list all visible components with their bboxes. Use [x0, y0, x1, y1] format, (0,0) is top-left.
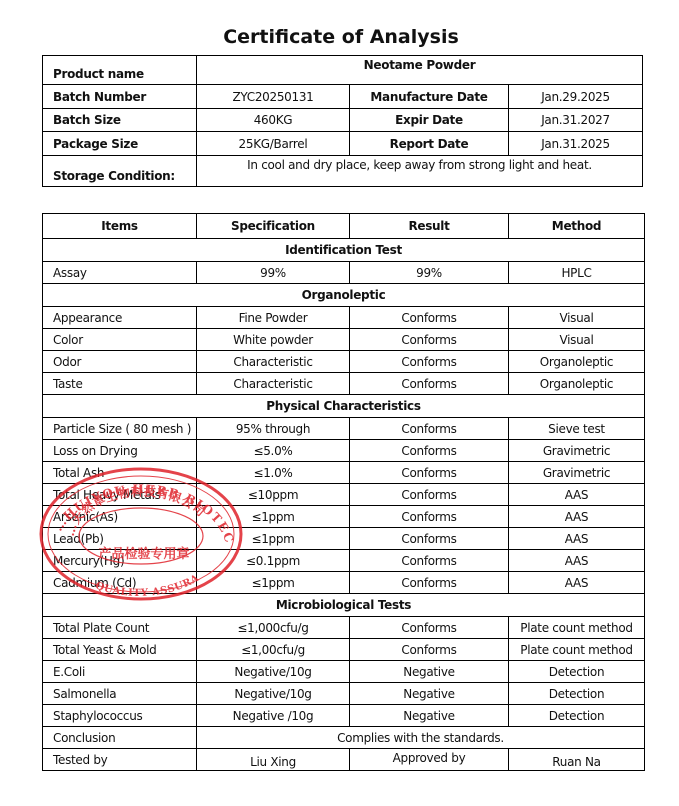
cell-result: Conforms — [350, 440, 509, 462]
cell-item: E.Coli — [43, 661, 197, 683]
cell-item: Total Yeast & Mold — [43, 639, 197, 661]
package-size-row: Package Size 25KG/Barrel Report Date Jan… — [43, 132, 643, 156]
cell-spec: White powder — [197, 329, 350, 351]
cell-method: AAS — [509, 572, 645, 594]
cell-result: Conforms — [350, 639, 509, 661]
batch-number-row: Batch Number ZYC20250131 Manufacture Dat… — [43, 85, 643, 109]
cell-item: Loss on Drying — [43, 440, 197, 462]
cell-item: Cadmium (Cd) — [43, 572, 197, 594]
package-size-label: Package Size — [43, 132, 197, 156]
cell-item: Staphylococcus — [43, 705, 197, 727]
storage-condition-label: Storage Condition: — [43, 156, 197, 187]
cell-spec: ≤1,000cfu/g — [197, 617, 350, 639]
cell-spec: 99% — [197, 262, 350, 284]
conclusion-row: Conclusion Complies with the standards. — [43, 727, 645, 749]
section-row: Organoleptic — [43, 284, 645, 307]
document-title: Certificate of Analysis — [0, 26, 679, 48]
cell-method: AAS — [509, 506, 645, 528]
cell-spec: ≤1,00cfu/g — [197, 639, 350, 661]
report-date-value: Jan.31.2025 — [509, 132, 643, 156]
package-size-value: 25KG/Barrel — [197, 132, 350, 156]
cell-result: Conforms — [350, 418, 509, 440]
cell-spec: ≤1ppm — [197, 528, 350, 550]
table-row: E.ColiNegative/10gNegativeDetection — [43, 661, 645, 683]
cell-result: Negative — [350, 683, 509, 705]
section-row: Physical Characteristics — [43, 395, 645, 418]
cell-item: Total Ash — [43, 462, 197, 484]
table-row: AppearanceFine PowderConformsVisual — [43, 307, 645, 329]
batch-number-value: ZYC20250131 — [197, 85, 350, 109]
header-result: Result — [350, 214, 509, 239]
cell-method: AAS — [509, 484, 645, 506]
header-row: Items Specification Result Method — [43, 214, 645, 239]
cell-item: Appearance — [43, 307, 197, 329]
cell-result: Conforms — [350, 572, 509, 594]
header-items: Items — [43, 214, 197, 239]
table-row: StaphylococcusNegative /10gNegativeDetec… — [43, 705, 645, 727]
cell-method: Plate count method — [509, 639, 645, 661]
cell-spec: ≤5.0% — [197, 440, 350, 462]
analysis-results-table: Items Specification Result Method Identi… — [42, 213, 645, 771]
table-row: Total Heavy Metals≤10ppmConformsAAS — [43, 484, 645, 506]
cell-method: Detection — [509, 705, 645, 727]
table-row: Total Yeast & Mold≤1,00cfu/gConformsPlat… — [43, 639, 645, 661]
cell-item: Salmonella — [43, 683, 197, 705]
cell-method: Detection — [509, 661, 645, 683]
table-row: Total Plate Count≤1,000cfu/gConformsPlat… — [43, 617, 645, 639]
conclusion-label: Conclusion — [43, 727, 197, 749]
cell-method: Gravimetric — [509, 462, 645, 484]
cell-spec: Fine Powder — [197, 307, 350, 329]
storage-condition-value: In cool and dry place, keep away from st… — [197, 156, 643, 187]
cell-item: Total Heavy Metals — [43, 484, 197, 506]
cell-result: Conforms — [350, 506, 509, 528]
cell-method: Sieve test — [509, 418, 645, 440]
manufacture-date-label: Manufacture Date — [350, 85, 509, 109]
manufacture-date-value: Jan.29.2025 — [509, 85, 643, 109]
header-specification: Specification — [197, 214, 350, 239]
cell-spec: Characteristic — [197, 351, 350, 373]
cell-spec: ≤1.0% — [197, 462, 350, 484]
table-row: ColorWhite powderConformsVisual — [43, 329, 645, 351]
results-body: Items Specification Result Method Identi… — [43, 214, 645, 727]
conclusion-value: Complies with the standards. — [197, 727, 645, 749]
cell-method: Visual — [509, 307, 645, 329]
cell-method: Visual — [509, 329, 645, 351]
cell-spec: Negative/10g — [197, 661, 350, 683]
table-row: Cadmium (Cd)≤1ppmConformsAAS — [43, 572, 645, 594]
product-name-value: Neotame Powder — [197, 56, 643, 85]
table-row: Arsenic(As)≤1ppmConformsAAS — [43, 506, 645, 528]
cell-result: Conforms — [350, 373, 509, 395]
cell-item: Arsenic(As) — [43, 506, 197, 528]
cell-method: Gravimetric — [509, 440, 645, 462]
table-row: Particle Size ( 80 mesh )95% throughConf… — [43, 418, 645, 440]
table-row: Mercury(Hg)≤0.1ppmConformsAAS — [43, 550, 645, 572]
cell-item: Taste — [43, 373, 197, 395]
section-title: Microbiological Tests — [43, 594, 645, 617]
section-title: Physical Characteristics — [43, 395, 645, 418]
cell-spec: ≤10ppm — [197, 484, 350, 506]
table-row: Assay99%99%HPLC — [43, 262, 645, 284]
cell-method: HPLC — [509, 262, 645, 284]
expir-date-label: Expir Date — [350, 109, 509, 132]
cell-item: Color — [43, 329, 197, 351]
approved-by-label: Approved by — [350, 749, 509, 771]
batch-size-label: Batch Size — [43, 109, 197, 132]
product-info-table: Product name Neotame Powder Batch Number… — [42, 55, 643, 187]
cell-spec: ≤0.1ppm — [197, 550, 350, 572]
tested-by-label: Tested by — [43, 749, 197, 771]
cell-item: Total Plate Count — [43, 617, 197, 639]
cell-result: Conforms — [350, 307, 509, 329]
cell-method: Organoleptic — [509, 351, 645, 373]
table-row: Total Ash≤1.0%ConformsGravimetric — [43, 462, 645, 484]
cell-method: AAS — [509, 550, 645, 572]
cell-item: Particle Size ( 80 mesh ) — [43, 418, 197, 440]
cell-result: Conforms — [350, 528, 509, 550]
cell-spec: ≤1ppm — [197, 506, 350, 528]
cell-spec: Characteristic — [197, 373, 350, 395]
cell-result: Conforms — [350, 484, 509, 506]
cell-item: Assay — [43, 262, 197, 284]
cell-result: Conforms — [350, 550, 509, 572]
cell-result: 99% — [350, 262, 509, 284]
cell-item: Lead(Pb) — [43, 528, 197, 550]
report-date-label: Report Date — [350, 132, 509, 156]
cell-spec: 95% through — [197, 418, 350, 440]
table-row: SalmonellaNegative/10gNegativeDetection — [43, 683, 645, 705]
table-row: TasteCharacteristicConformsOrganoleptic — [43, 373, 645, 395]
table-row: OdorCharacteristicConformsOrganoleptic — [43, 351, 645, 373]
cell-result: Negative — [350, 705, 509, 727]
cell-result: Negative — [350, 661, 509, 683]
batch-number-label: Batch Number — [43, 85, 197, 109]
product-name-label: Product name — [43, 56, 197, 85]
results-footer: Conclusion Complies with the standards. … — [43, 727, 645, 771]
cell-result: Conforms — [350, 462, 509, 484]
signature-row: Tested by Liu Xing Approved by Ruan Na — [43, 749, 645, 771]
cell-spec: ≤1ppm — [197, 572, 350, 594]
section-row: Microbiological Tests — [43, 594, 645, 617]
product-name-row: Product name Neotame Powder — [43, 56, 643, 85]
cell-method: Plate count method — [509, 617, 645, 639]
storage-condition-row: Storage Condition: In cool and dry place… — [43, 156, 643, 187]
table-row: Lead(Pb)≤1ppmConformsAAS — [43, 528, 645, 550]
approved-by-value: Ruan Na — [509, 749, 645, 771]
batch-size-value: 460KG — [197, 109, 350, 132]
cell-method: Organoleptic — [509, 373, 645, 395]
cell-method: AAS — [509, 528, 645, 550]
section-row: Identification Test — [43, 239, 645, 262]
cell-method: Detection — [509, 683, 645, 705]
tested-by-value: Liu Xing — [197, 749, 350, 771]
cell-spec: Negative/10g — [197, 683, 350, 705]
expir-date-value: Jan.31.2027 — [509, 109, 643, 132]
header-method: Method — [509, 214, 645, 239]
cell-result: Conforms — [350, 617, 509, 639]
section-title: Identification Test — [43, 239, 645, 262]
cell-item: Mercury(Hg) — [43, 550, 197, 572]
cell-item: Odor — [43, 351, 197, 373]
cell-result: Conforms — [350, 351, 509, 373]
cell-spec: Negative /10g — [197, 705, 350, 727]
section-title: Organoleptic — [43, 284, 645, 307]
table-row: Loss on Drying≤5.0%ConformsGravimetric — [43, 440, 645, 462]
cell-result: Conforms — [350, 329, 509, 351]
batch-size-row: Batch Size 460KG Expir Date Jan.31.2027 — [43, 109, 643, 132]
